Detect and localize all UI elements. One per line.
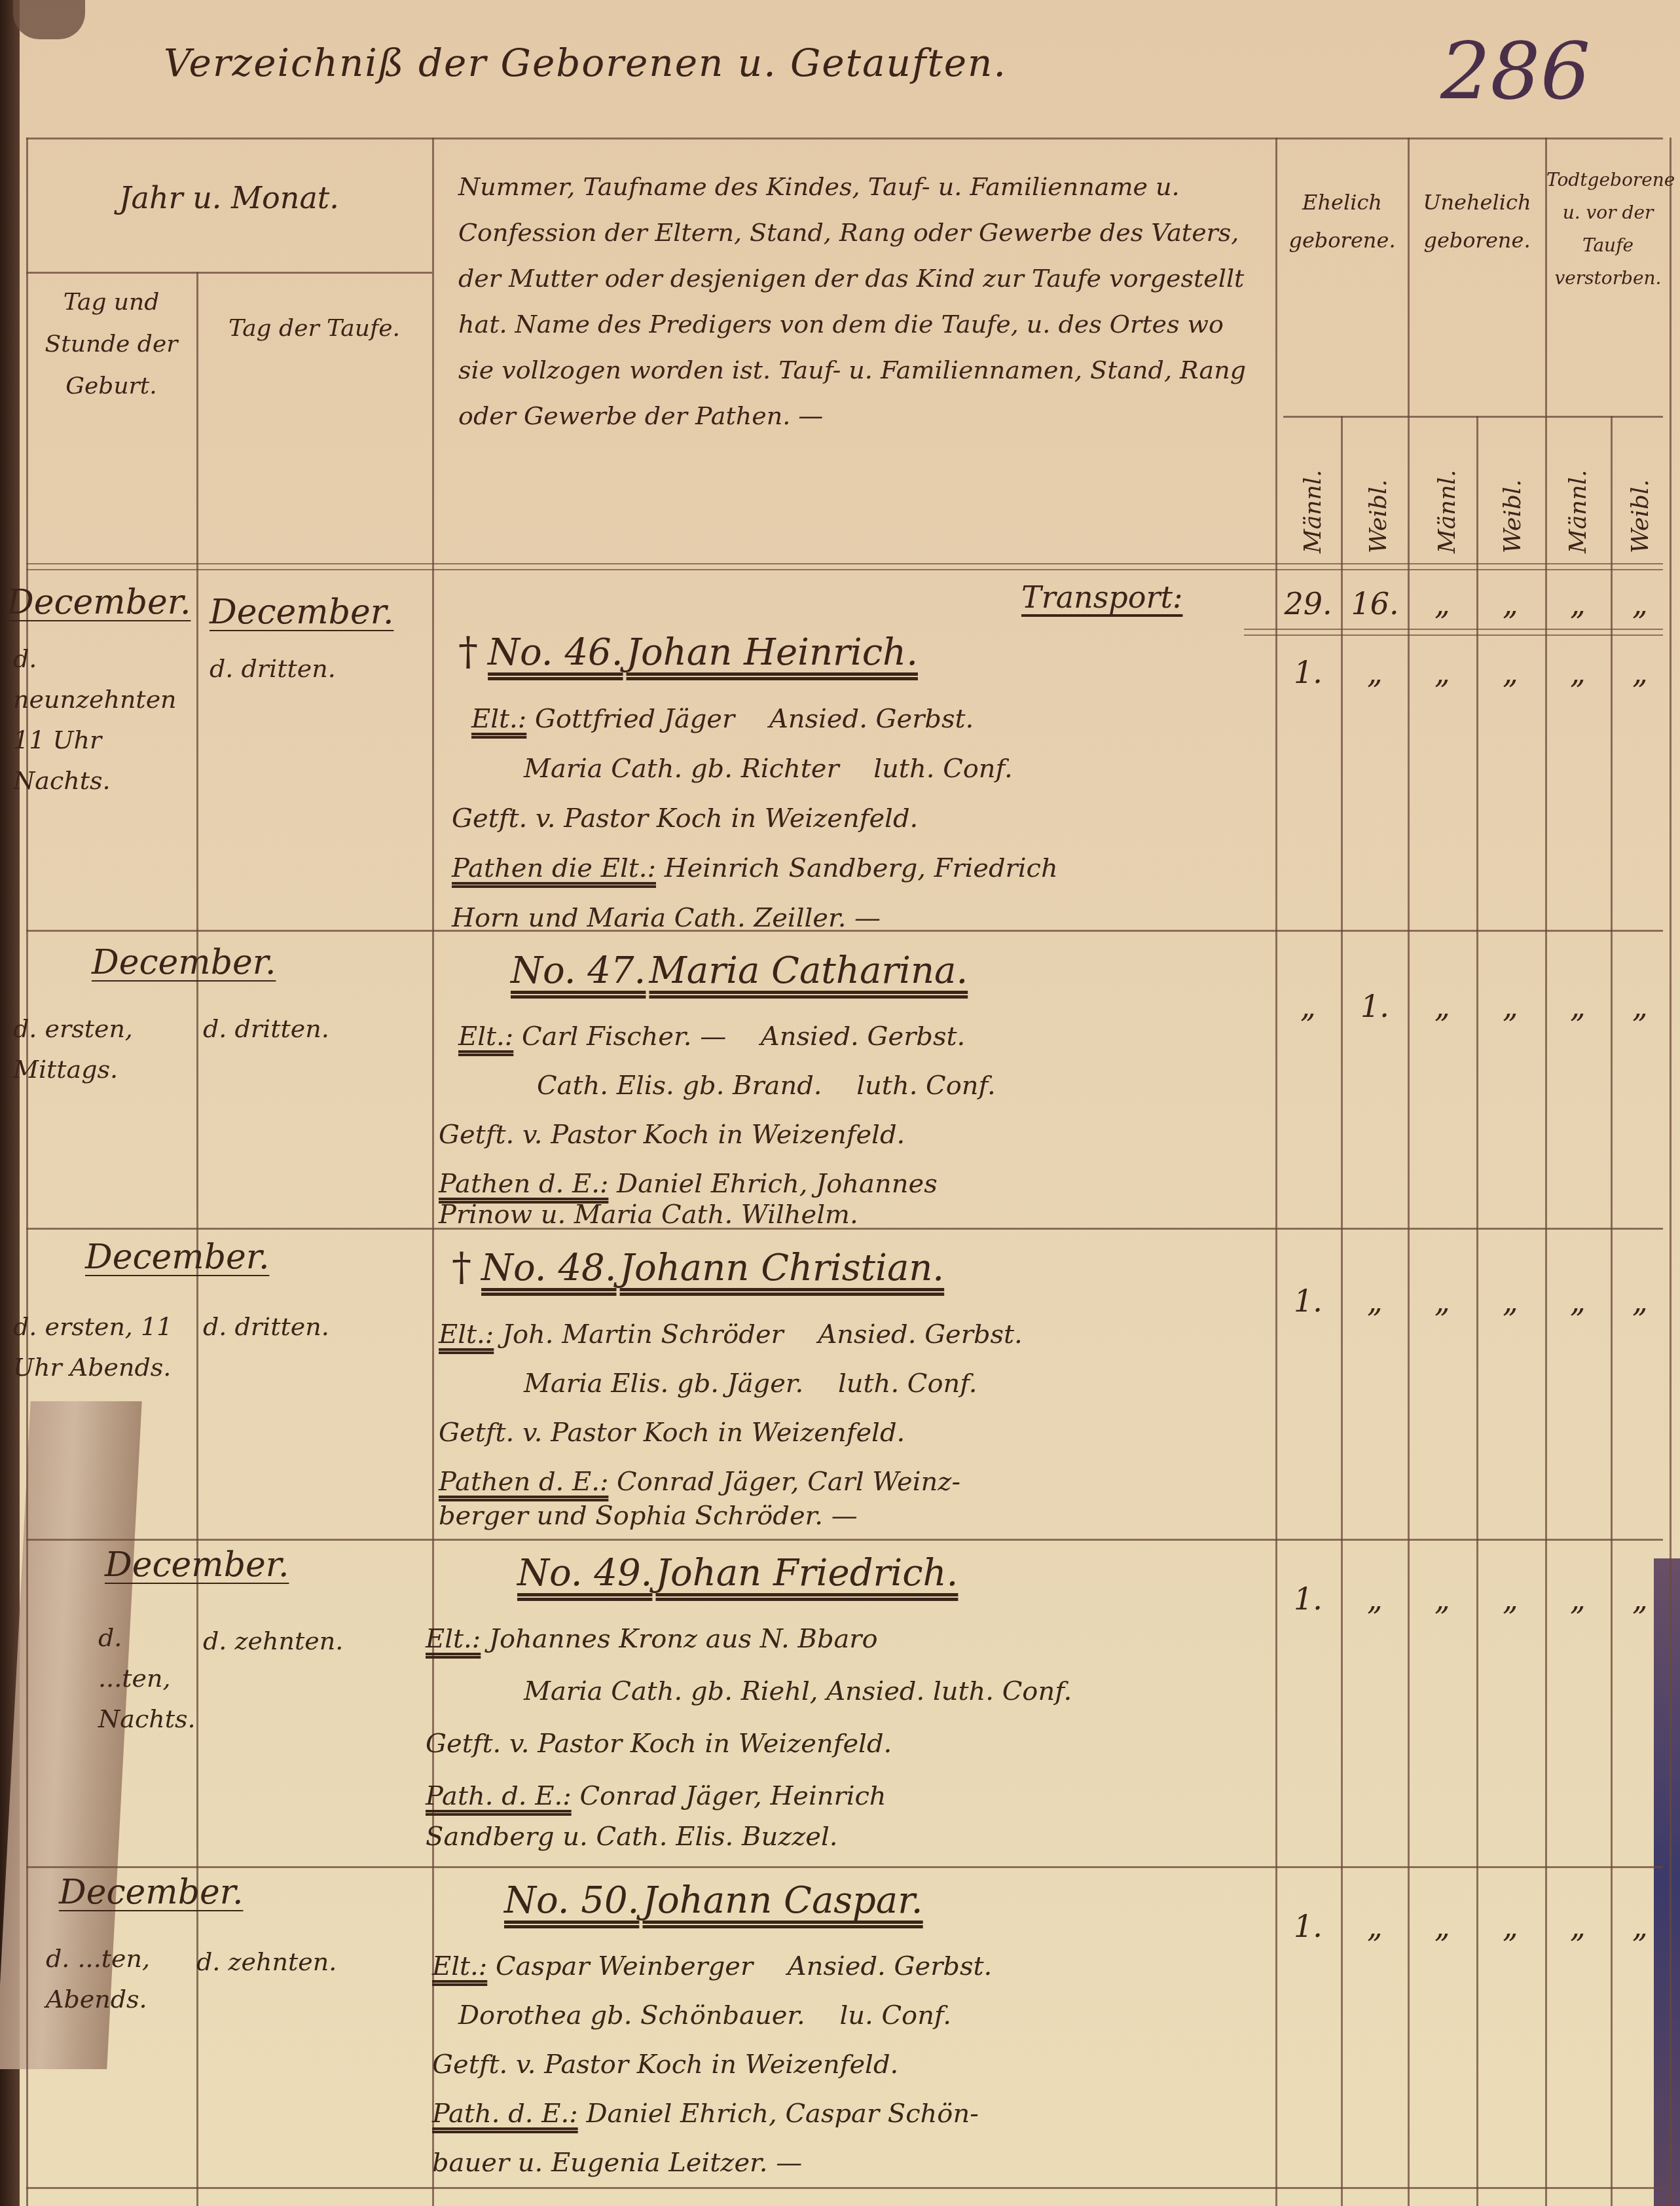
transport-still-female: „ (1565, 586, 1680, 621)
record-birth-time: d. ersten, Mittags. (13, 1008, 190, 1090)
godparents-line-2: Horn und Maria Cath. Zeiller. — (452, 893, 881, 943)
row-divider-5 (26, 2187, 1663, 2189)
header-main-description: Nummer, Taufname des Kindes, Tauf- u. Fa… (445, 164, 1275, 439)
parent-mother: Dorothea gb. Schönbauer. (458, 2000, 805, 2031)
header-divider-gender (1283, 416, 1663, 418)
record-number: No. 46. (488, 631, 623, 674)
tally-still-female: „ (1565, 1283, 1680, 1319)
page-corner-damage (1654, 1558, 1680, 2206)
col-border-legit (1408, 138, 1410, 2206)
record-month-left: December. (59, 1873, 243, 1912)
page-title: Verzeichniß der Geborenen u. Getauften. (164, 41, 1007, 85)
header-divider-date (26, 272, 432, 274)
parents-label: Elt.: (426, 1624, 481, 1654)
baptized-by: Getft. v. Pastor Koch in Weizenfeld. (432, 2040, 898, 2089)
godparents-line-1: Conrad Jäger, Carl Weinz- (617, 1467, 960, 1497)
parent-status: Ansied. Gerbst. (818, 1319, 1022, 1350)
deceased-cross-icon: † (452, 1244, 471, 1290)
parents-label: Elt.: (432, 1951, 487, 1981)
header-illegit-male: Männl. (1434, 469, 1461, 553)
parents-label: Elt.: (439, 1319, 494, 1350)
binding-tab (13, 0, 85, 39)
godparents-label: Pathen die Elt.: (452, 853, 656, 883)
parent-father: Gottfried Jäger (535, 704, 735, 734)
baptized-by: Getft. v. Pastor Koch in Weizenfeld. (452, 794, 918, 843)
parent-status: Ansied. Gerbst. (761, 1021, 965, 1052)
record-birth-time: d. ersten, 11 Uhr Abends. (13, 1306, 190, 1388)
header-legitimate: Ehelich geborene. (1277, 183, 1408, 259)
record-child-name: Johann Christian. (620, 1247, 945, 1289)
header-bottom-border (26, 563, 1663, 570)
record-birth-time: d. neunzehnten 11 Uhr Nachts. (13, 638, 190, 801)
godparents-label: Pathen d. E.: (439, 1467, 608, 1497)
baptized-by: Getft. v. Pastor Koch in Weizenfeld. (426, 1719, 892, 1769)
parent-father: Johannes Kronz aus N. Bbaro (489, 1624, 878, 1654)
godparents-line-1: Heinrich Sandberg, Friedrich (665, 853, 1058, 883)
transport-border (1244, 629, 1663, 636)
tally-still-female: „ (1565, 1581, 1680, 1617)
baptized-by: Getft. v. Pastor Koch in Weizenfeld. (439, 1110, 905, 1160)
parent-mother: Maria Elis. gb. Jäger. (524, 1369, 803, 1399)
record-baptism-day: d. zehnten. (203, 1621, 343, 1661)
godparents-line-1: Daniel Ehrich, Johannes (617, 1169, 938, 1199)
deceased-cross-icon: † (458, 629, 478, 674)
godparents-line-1: Daniel Ehrich, Caspar Schön- (586, 2099, 978, 2129)
godparents-line-2: Prinow u. Maria Cath. Wilhelm. (439, 1198, 858, 1231)
godparents-line-2: bauer u. Eugenia Leitzer. — (432, 2138, 802, 2188)
transport-label: Transport: (1021, 579, 1182, 615)
tally-still-female: „ (1565, 1909, 1680, 1944)
record-baptism-day: d. dritten. (203, 1306, 329, 1347)
parents-label: Elt.: (471, 704, 526, 734)
godparents-label: Path. d. E.: (426, 1781, 572, 1811)
baptized-by: Getft. v. Pastor Koch in Weizenfeld. (439, 1408, 905, 1458)
header-year-month: Jahr u. Monat. (26, 177, 432, 219)
row-divider-3 (26, 1539, 1663, 1541)
tally-still-female: „ (1565, 989, 1680, 1024)
header-birth-day-hour: Tag und Stunde der Geburt. (26, 282, 196, 407)
parent-father: Caspar Weinberger (496, 1951, 753, 1981)
godparents-label: Pathen d. E.: (439, 1169, 608, 1199)
tally-still-female: „ (1565, 655, 1680, 690)
godparents-line-1: Conrad Jäger, Heinrich (579, 1781, 886, 1811)
col-border-baptism (432, 138, 434, 2206)
header-still-female: Weibl. (1627, 479, 1654, 553)
parent-status: Ansied. Gerbst. (788, 1951, 992, 1981)
record-number: No. 50. (504, 1879, 639, 1922)
godparents-line-2: Sandberg u. Cath. Elis. Buzzel. (426, 1820, 837, 1853)
record-child-name: Johan Heinrich. (627, 631, 918, 674)
header-illegitimate: Unehelich geborene. (1409, 183, 1545, 259)
record-number: No. 49. (517, 1552, 652, 1594)
parent-father: Carl Fischer. — (522, 1021, 726, 1052)
parent-confession: luth. Conf. (838, 1369, 977, 1399)
parent-mother: Maria Cath. gb. Riehl, Ansied. luth. Con… (524, 1666, 1072, 1716)
parent-mother: Maria Cath. gb. Richter (524, 754, 839, 784)
godparents-line-2: berger und Sophia Schröder. — (439, 1499, 858, 1532)
header-legit-male: Männl. (1300, 469, 1326, 553)
header-illegit-female: Weibl. (1499, 479, 1526, 553)
record-baptism-day: d. dritten. (210, 648, 336, 689)
record-child-name: Johan Friedrich. (655, 1552, 958, 1594)
col-border-left (26, 138, 28, 2206)
record-baptism-day: d. zehnten. (196, 1941, 337, 1982)
header-legit-female: Weibl. (1365, 479, 1392, 553)
parent-status: Ansied. Gerbst. (769, 704, 974, 734)
header-still-male: Männl. (1565, 469, 1592, 553)
record-child-name: Maria Catharina. (649, 949, 968, 992)
record-month-left: December. (92, 943, 276, 982)
parent-confession: luth. Conf. (873, 754, 1012, 784)
record-child-name: Johann Caspar. (642, 1879, 922, 1922)
godparents-label: Path. d. E.: (432, 2099, 578, 2129)
record-baptism-day: d. dritten. (203, 1008, 329, 1049)
table-top-border (26, 138, 1663, 139)
parent-mother: Cath. Elis. gb. Brand. (537, 1071, 822, 1101)
row-divider-4 (26, 1866, 1663, 1868)
record-month-left: December. (105, 1545, 289, 1585)
parents-label: Elt.: (458, 1021, 513, 1052)
record-birth-time: d. ...ten, Abends. (46, 1938, 190, 2019)
record-number: No. 47. (511, 949, 646, 992)
record-month-left: December. (7, 583, 191, 622)
record-birth-time: d. ...ten, Nachts. (98, 1617, 196, 1739)
col-border-illegit (1545, 138, 1547, 2206)
col-border-right (1670, 138, 1671, 2206)
record-month-right: December. (210, 593, 393, 632)
header-baptism-day: Tag der Taufe. (196, 308, 432, 350)
parent-confession: luth. Conf. (856, 1071, 995, 1101)
record-number: No. 48. (481, 1247, 616, 1289)
col-border-main (1275, 138, 1277, 2206)
parent-confession: lu. Conf. (840, 2000, 952, 2031)
record-month-left: December. (85, 1238, 269, 1277)
page-number: 286 (1440, 26, 1590, 117)
header-stillborn: Todtgeborene u. vor der Taufe verstorben… (1546, 164, 1670, 295)
register-page: Verzeichniß der Geborenen u. Getauften. … (0, 0, 1680, 2206)
parent-father: Joh. Martin Schröder (502, 1319, 784, 1350)
